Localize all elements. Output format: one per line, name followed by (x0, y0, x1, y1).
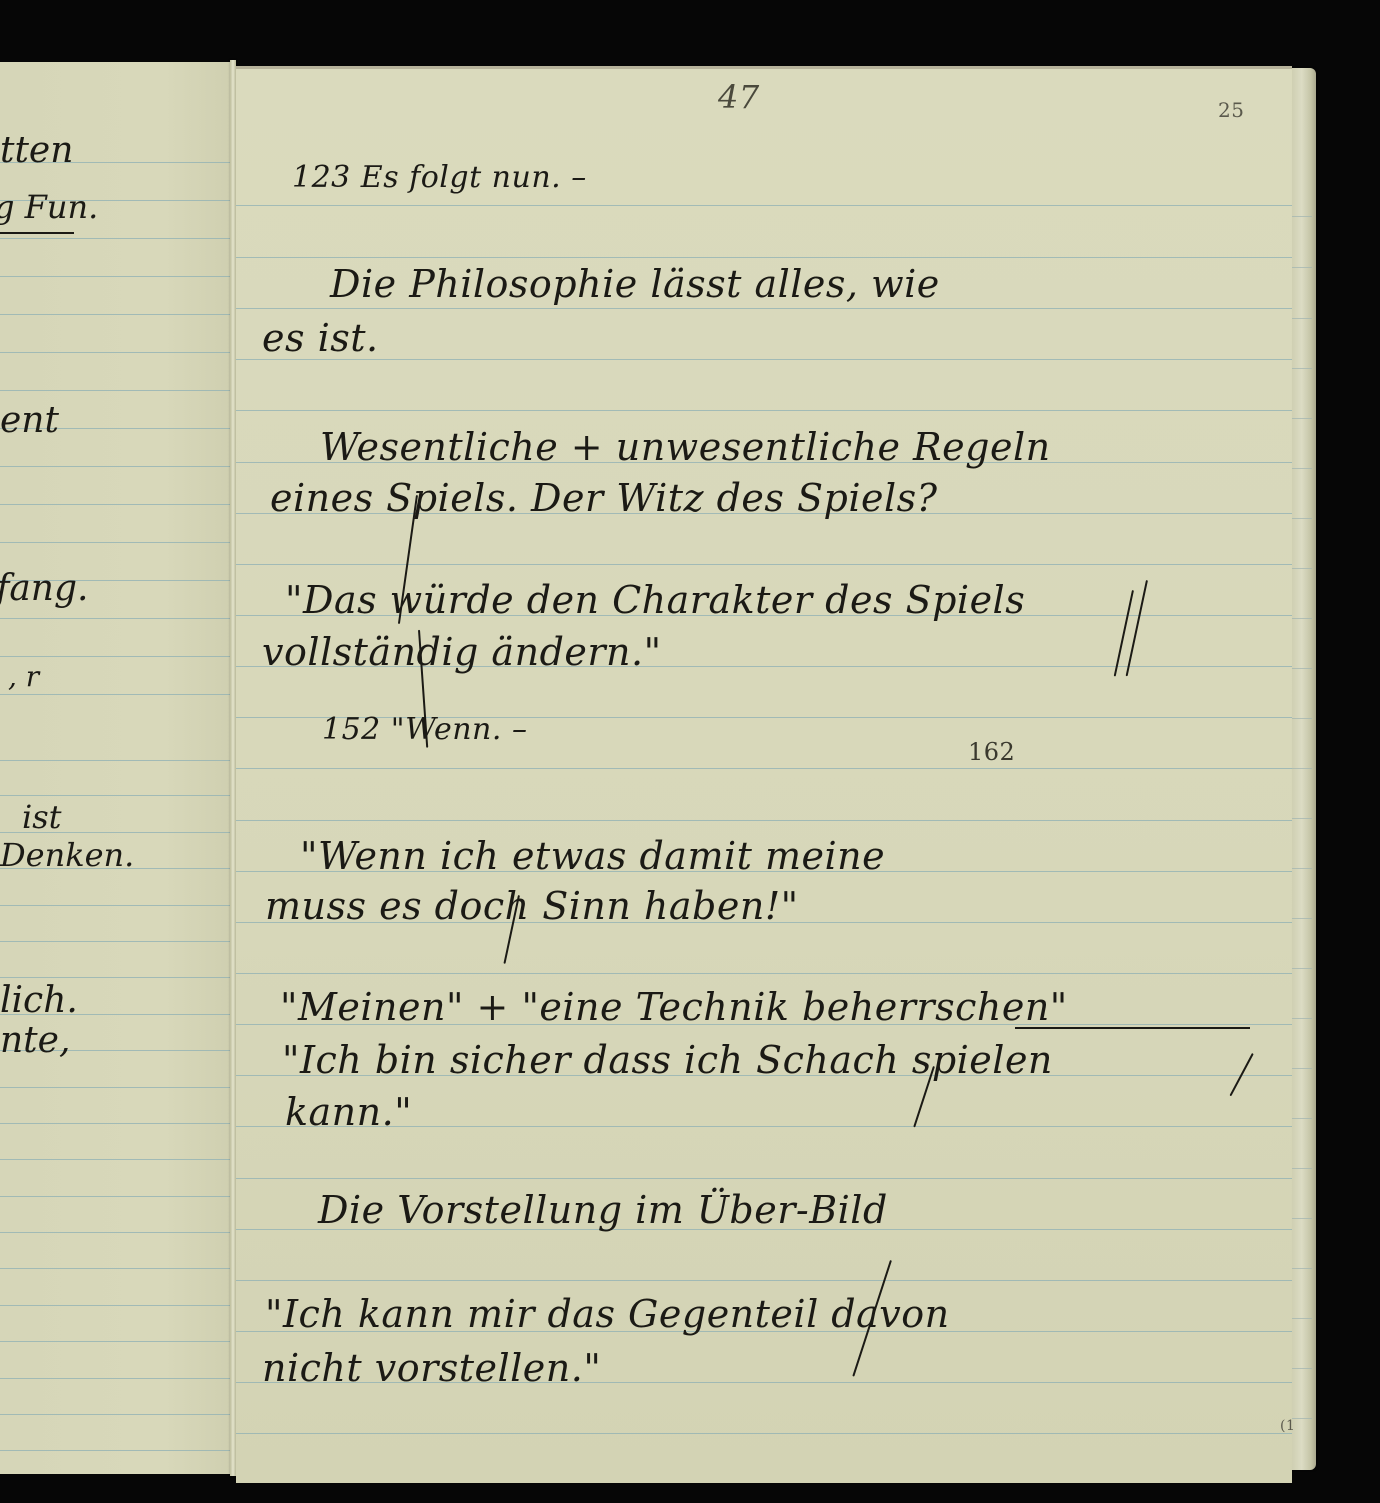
rule-line (0, 238, 234, 239)
rule-line (0, 795, 234, 796)
manuscript-line: eines Spiels. Der Witz des Spiels? (270, 476, 938, 520)
left-fragment: fang. (0, 568, 88, 609)
stack-rule (1292, 518, 1312, 519)
manuscript-line: "Ich kann mir das Gegenteil davon (265, 1292, 950, 1336)
rule-line (236, 205, 1292, 206)
rule-line (0, 1087, 234, 1088)
stack-rule (1292, 216, 1312, 217)
stack-rule (1292, 668, 1312, 669)
stack-rule (1292, 1318, 1312, 1319)
stack-rule (1292, 868, 1312, 869)
page-number-corner: 25 (1218, 98, 1244, 122)
stack-rule (1292, 1018, 1312, 1019)
rule-line (236, 257, 1292, 258)
rule-line (236, 1280, 1292, 1281)
manuscript-line: "Wenn ich etwas damit meine (300, 834, 885, 878)
rule-line (0, 618, 234, 619)
left-fragment: lich. (0, 980, 78, 1021)
rule-line (0, 941, 234, 942)
margin-annotation: 162 (968, 738, 1015, 766)
rule-line (0, 760, 234, 761)
left-fragment: ent (0, 400, 59, 441)
stack-rule (1292, 718, 1312, 719)
stack-rule (1292, 267, 1312, 268)
stack-rule (1292, 1268, 1312, 1269)
corner-mark: (1 (1280, 1418, 1295, 1434)
rule-line (236, 768, 1292, 769)
stack-rule (1292, 1218, 1312, 1219)
stack-rule (1292, 568, 1312, 569)
manuscript-line: muss es doch Sinn haben!" (265, 884, 799, 928)
rule-line (0, 1341, 234, 1342)
rule-line (0, 1159, 234, 1160)
scan-background: tten g Fun. ent fang. , r ist Denken. li… (0, 0, 1380, 1503)
rule-line (236, 1433, 1292, 1434)
rule-line (236, 973, 1292, 974)
rule-line (0, 504, 234, 505)
rule-line (236, 564, 1292, 565)
stack-rule (1292, 968, 1312, 969)
stack-rule (1292, 1368, 1312, 1369)
stack-rule (1292, 618, 1312, 619)
manuscript-line: nicht vorstellen." (262, 1346, 601, 1390)
rule-line (0, 314, 234, 315)
left-fragment: , r (8, 660, 39, 693)
rule-line (236, 1178, 1292, 1179)
page-stack-edge (1292, 68, 1316, 1470)
rule-line (0, 905, 234, 906)
stack-rule (1292, 468, 1312, 469)
stack-rule (1292, 768, 1312, 769)
left-rule-dash (0, 232, 74, 234)
manuscript-line: vollständig ändern." (262, 630, 662, 674)
rule-line (0, 1196, 234, 1197)
stack-rule (1292, 318, 1312, 319)
rule-line (236, 820, 1292, 821)
stack-rule (1292, 418, 1312, 419)
rule-line (0, 977, 234, 978)
underline-beherrschen (1015, 1027, 1250, 1029)
manuscript-line: "Meinen" + "eine Technik beherrschen" (280, 985, 1068, 1029)
manuscript-line: kann." (285, 1090, 412, 1134)
rule-line (0, 1268, 234, 1269)
page-number-center: 47 (718, 78, 760, 116)
stack-rule (1292, 818, 1312, 819)
rule-line (0, 276, 234, 277)
left-fragment: g Fun. (0, 188, 98, 226)
stack-rule (1292, 1118, 1312, 1119)
stack-rule (1292, 1168, 1312, 1169)
left-fragment: nte, (0, 1020, 70, 1061)
left-page (0, 62, 234, 1474)
manuscript-line: Die Philosophie lässt alles, wie (330, 262, 940, 306)
rule-line (0, 1123, 234, 1124)
rule-line (0, 694, 234, 695)
rule-line (236, 308, 1292, 309)
rule-line (0, 1450, 234, 1451)
rule-line (0, 1305, 234, 1306)
rule-line (0, 1378, 234, 1379)
manuscript-line: "Ich bin sicher dass ich Schach spielen (282, 1038, 1053, 1082)
rule-line (0, 352, 234, 353)
stack-rule (1292, 1068, 1312, 1069)
rule-line (236, 359, 1292, 360)
manuscript-line: Wesentliche + unwesentliche Regeln (320, 425, 1051, 469)
rule-line (0, 542, 234, 543)
stack-rule (1292, 368, 1312, 369)
rule-line (0, 1414, 234, 1415)
manuscript-line: "Das würde den Charakter des Spiels (285, 578, 1025, 622)
manuscript-line: Die Vorstellung im Über-Bild (318, 1188, 888, 1232)
manuscript-line: es ist. (262, 316, 379, 360)
left-fragment: tten (0, 130, 73, 171)
stack-rule (1292, 918, 1312, 919)
manuscript-line: 123 Es folgt nun. – (292, 160, 587, 195)
rule-line (0, 390, 234, 391)
left-fragment: ist (22, 798, 62, 836)
rule-line (0, 656, 234, 657)
rule-line (236, 410, 1292, 411)
rule-line (0, 1232, 234, 1233)
rule-line (0, 466, 234, 467)
left-fragment: Denken. (0, 836, 134, 874)
